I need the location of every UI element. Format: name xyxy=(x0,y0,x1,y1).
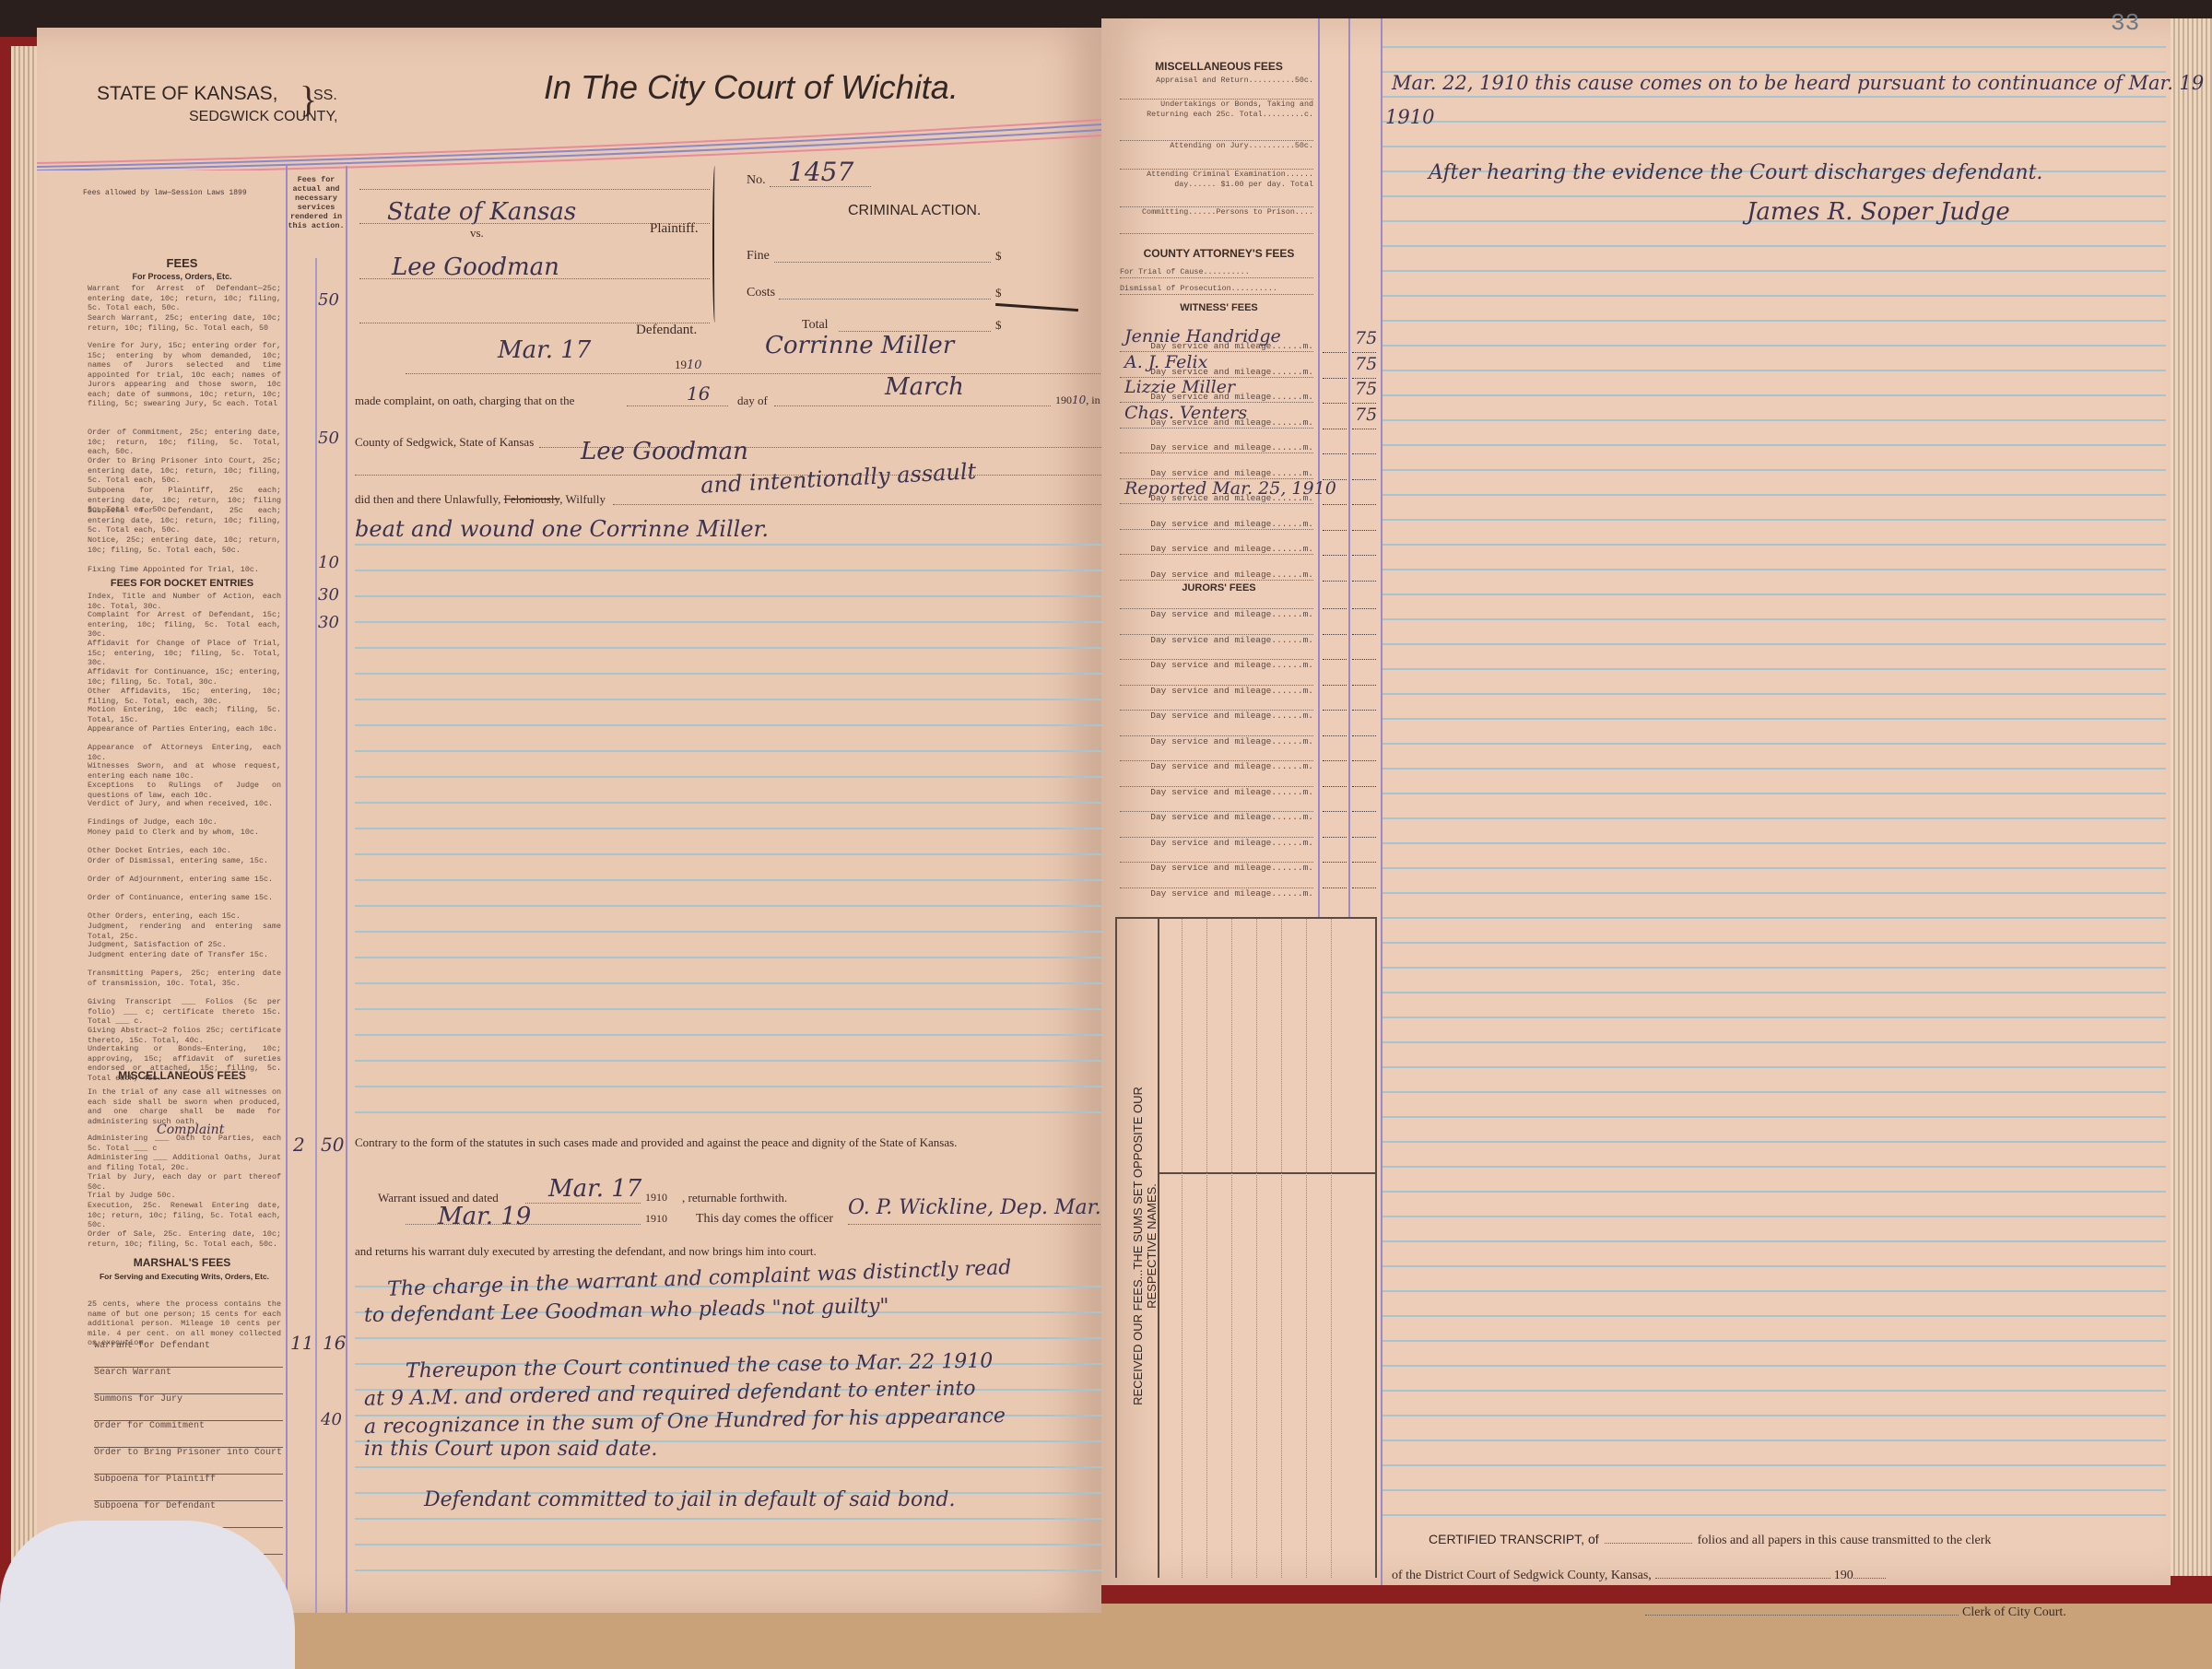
amount-blank xyxy=(1352,504,1376,505)
fee-item: Subpoena for Plaintiff, 25c each; enteri… xyxy=(88,486,281,506)
fee-col-divider xyxy=(1318,18,1320,917)
ruled-line xyxy=(355,1034,1101,1036)
fee-item: Warrant for Arrest of Defendant—25c; ent… xyxy=(88,284,281,313)
amount-blank xyxy=(1323,555,1347,556)
state-label: STATE OF KANSAS, xyxy=(97,83,277,105)
fine-currency: $ xyxy=(995,249,1002,264)
proceedings-line[interactable]: Defendant committed to jail in default o… xyxy=(424,1488,955,1511)
ruled-line xyxy=(355,1544,1101,1546)
ruled-line xyxy=(1382,1066,2166,1068)
juror-row-label: Day service and mileage......m. xyxy=(1120,659,1313,670)
right-misc-list: Appraisal and Return..........50c. Under… xyxy=(1120,76,1313,234)
action-type: CRIMINAL ACTION. xyxy=(848,203,981,219)
ruled-line xyxy=(1382,668,2166,670)
fee-item: Order for Commitment xyxy=(94,1421,283,1448)
amount-blank xyxy=(1323,429,1347,429)
ruled-line xyxy=(355,776,1101,778)
note-line[interactable]: Mar. 22, 1910 this cause comes on to be … xyxy=(1392,72,2204,94)
fee-item: Trial by Judge 50c. xyxy=(88,1191,281,1201)
ruled-line xyxy=(1382,419,2166,421)
ruled-line xyxy=(1382,370,2166,371)
charge-day-of: day of xyxy=(737,394,768,408)
fee-item: Summons for Jury xyxy=(94,1394,283,1421)
left-page: STATE OF KANSAS, SEDGWICK COUNTY, } SS. … xyxy=(37,28,1101,1613)
fee-amount: 50 xyxy=(318,429,339,448)
amount-blank xyxy=(1352,479,1376,480)
header-rules xyxy=(37,115,1101,170)
ruled-line xyxy=(1382,693,2166,695)
ss-label: SS. xyxy=(313,88,337,104)
ruled-line xyxy=(1382,842,2166,844)
amount-blank xyxy=(1323,453,1347,454)
amount-blank xyxy=(1352,710,1376,711)
total-currency: $ xyxy=(995,318,1002,333)
ruled-line xyxy=(355,879,1101,881)
docket-heading: FEES FOR DOCKET ENTRIES xyxy=(83,578,281,589)
warrant-returnable: , returnable forthwith. xyxy=(682,1191,787,1205)
vs-label: vs. xyxy=(470,226,484,241)
amount-blank xyxy=(1352,837,1376,838)
fee-item: Exceptions to Rulings of Judge on questi… xyxy=(88,781,281,799)
proceedings-line[interactable]: a recognizance in the sum of One Hundred… xyxy=(364,1405,1006,1439)
accused-name[interactable]: Lee Goodman xyxy=(581,438,748,465)
case-number[interactable]: 1457 xyxy=(788,157,853,187)
ruled-line xyxy=(355,595,1101,597)
charge-month[interactable]: March xyxy=(885,373,964,401)
fee-amount-cents: 50 xyxy=(321,1134,344,1156)
juror-row-label: Day service and mileage......m. xyxy=(1120,634,1313,645)
ruled-line xyxy=(355,570,1101,571)
witness-name[interactable]: Lizzie Miller xyxy=(1124,377,1235,397)
ruled-line xyxy=(355,1569,1101,1571)
ruled-line xyxy=(1382,1141,2166,1143)
proceedings-line[interactable]: to defendant Lee Goodman who pleads "not… xyxy=(364,1295,889,1327)
ruled-line xyxy=(1382,1166,2166,1168)
fee-item: Affidavit for Change of Place of Trial, … xyxy=(88,639,281,667)
ruled-line xyxy=(1382,345,2166,347)
complaint-year-suffix: 10 xyxy=(687,358,702,372)
ruled-line xyxy=(355,982,1101,984)
ruled-line xyxy=(1382,1240,2166,1242)
witness-row-label: Day service and mileage......m. xyxy=(1120,442,1313,453)
ruled-line xyxy=(355,750,1101,752)
ruled-line xyxy=(355,699,1101,700)
defendant-name[interactable]: Lee Goodman xyxy=(392,253,559,281)
ruled-line xyxy=(355,828,1101,829)
fee-item: Verdict of Jury, and when received, 10c. xyxy=(88,799,281,817)
amount-blank xyxy=(1352,555,1376,556)
fee-item: Subpoena for Defendant, 25c each; enteri… xyxy=(88,506,281,535)
ruled-line xyxy=(355,1518,1101,1520)
ruled-line xyxy=(1382,195,2166,197)
ruled-line xyxy=(1382,1017,2166,1018)
officer-name[interactable]: O. P. Wickline, Dep. Mar. xyxy=(848,1196,1101,1219)
amount-blank xyxy=(1352,887,1376,888)
ruled-line xyxy=(1382,1265,2166,1267)
ruled-line xyxy=(355,1466,1101,1468)
ruled-line xyxy=(1382,594,2166,595)
ruled-line xyxy=(355,647,1101,649)
amount-blank xyxy=(1323,887,1347,888)
ruled-line xyxy=(1382,643,2166,645)
ruled-line xyxy=(1382,394,2166,396)
amount-blank xyxy=(1352,659,1376,660)
gloved-hand xyxy=(0,1521,295,1669)
fee-amount-dollars: 11 xyxy=(290,1332,313,1354)
fee-item: Money paid to Clerk and by whom, 10c. xyxy=(88,828,281,846)
ruled-line xyxy=(1382,1415,2166,1416)
fee-item: Order to Bring Prisoner into Court xyxy=(94,1448,283,1475)
fees-column-header: Fees for actual and necessary services r… xyxy=(288,175,345,230)
ruled-line xyxy=(1382,1041,2166,1043)
witness-row-label: Day service and mileage......m. xyxy=(1120,519,1313,530)
witness-fees-heading: WITNESS' FEES xyxy=(1120,302,1318,313)
ruled-line xyxy=(1382,569,2166,570)
proceedings-line[interactable]: in this Court upon said date. xyxy=(364,1438,657,1461)
ruled-line xyxy=(355,544,1101,546)
contrary-text: Contrary to the form of the statutes in … xyxy=(355,1129,1101,1157)
fee-item: Transmitting Papers, 25c; entering date … xyxy=(88,969,281,997)
fee-item: Findings of Judge, each 10c. xyxy=(88,817,281,828)
certified-district: of the District Court of Sedgwick County… xyxy=(1392,1569,1652,1582)
ruled-line xyxy=(1382,942,2166,944)
ruled-line xyxy=(1382,793,2166,794)
amount-blank xyxy=(1323,760,1347,761)
amount-blank xyxy=(1323,352,1347,353)
ruled-line xyxy=(1382,1216,2166,1217)
witness-name[interactable]: Reported Mar. 25, 1910 xyxy=(1124,478,1336,499)
received-fees-box: RECEIVED OUR FEES...THE SUMS SET OPPOSIT… xyxy=(1115,917,1377,1578)
witness-row-label: Day service and mileage......m. xyxy=(1120,468,1313,479)
ruled-line xyxy=(355,931,1101,933)
fee-item: Appearance of Attorneys Entering, each 1… xyxy=(88,743,281,761)
page-number: 33 xyxy=(2111,9,2139,37)
amount-blank xyxy=(1352,634,1376,635)
fee-item: Order of Dismissal, entering same, 15c. xyxy=(88,856,281,875)
ruled-line xyxy=(355,1008,1101,1010)
ruled-line xyxy=(1382,1290,2166,1292)
ruled-line xyxy=(355,621,1101,623)
complaint-year-prefix: 19 xyxy=(675,358,687,371)
amount-blank xyxy=(1323,634,1347,635)
fee-item: Appearance of Parties Entering, each 10c… xyxy=(88,724,281,743)
charge-year-suffix: 10 xyxy=(1072,394,1086,406)
ruled-line xyxy=(1382,1340,2166,1342)
fee-item: Order of Continuance, entering same 15c. xyxy=(88,893,281,911)
fee-amount: 30 xyxy=(318,585,339,605)
amount-blank xyxy=(1323,659,1347,660)
fee-col-divider xyxy=(1348,18,1350,917)
juror-row-label: Day service and mileage......m. xyxy=(1120,735,1313,746)
ruled-line xyxy=(355,802,1101,804)
ruled-line xyxy=(1382,544,2166,546)
jurors-fees-heading: JURORS' FEES xyxy=(1120,582,1318,594)
juror-row-label: Day service and mileage......m. xyxy=(1120,811,1313,822)
fee-item: Subpoena for Plaintiff xyxy=(94,1475,283,1501)
charge-in: , in xyxy=(1086,394,1100,406)
case-number-label: No. xyxy=(747,173,766,188)
ruled-line xyxy=(1382,1315,2166,1317)
amount-blank xyxy=(1352,735,1376,736)
fee-item: Venire for Jury, 15c; entering order for… xyxy=(88,341,281,428)
amount-blank xyxy=(1323,504,1347,505)
amount-blank xyxy=(1352,530,1376,531)
right-page: 33 MISCELLANEOUS FEES Appraisal and Retu… xyxy=(1101,18,2171,1585)
docket-fees-list: Index, Title and Number of Action, each … xyxy=(88,592,281,1083)
warrant-year: 1910 xyxy=(645,1191,667,1205)
ruled-line xyxy=(1382,270,2166,272)
amount-blank xyxy=(1323,685,1347,686)
court-title: In The City Court of Wichita. xyxy=(544,68,959,107)
ruled-line xyxy=(1382,1440,2166,1441)
ruled-line xyxy=(355,957,1101,958)
fees-subheading: For Process, Orders, Etc. xyxy=(83,272,281,281)
ruled-line xyxy=(355,1086,1101,1087)
charge-line-printed: did then and there Unlawfully, xyxy=(355,492,500,506)
ruled-line xyxy=(1382,46,2166,48)
costs-underline xyxy=(995,303,1078,311)
misc-heading: MISCELLANEOUS FEES xyxy=(83,1069,281,1082)
fee-item: Execution, 25c. Renewal Entering date, 1… xyxy=(88,1201,281,1229)
juror-row-label: Day service and mileage......m. xyxy=(1120,837,1313,848)
fee-item: Other Docket Entries, each 10c. xyxy=(88,846,281,856)
amount-blank xyxy=(1352,581,1376,582)
amount-blank xyxy=(1323,403,1347,404)
witness-fee-amount[interactable]: 75 xyxy=(1355,379,1377,399)
ruled-line xyxy=(1382,519,2166,521)
amount-blank xyxy=(1352,429,1376,429)
amount-blank xyxy=(1323,811,1347,812)
fee-amount-cents: 16 xyxy=(323,1332,346,1354)
return-year: 1910 xyxy=(645,1212,667,1226)
amount-blank xyxy=(1352,760,1376,761)
misc-fees-list: Administering ___ Oath to Parties, each … xyxy=(88,1134,281,1258)
fee-amount: 10 xyxy=(318,553,339,572)
marshal-subheading: For Serving and Executing Writs, Orders,… xyxy=(88,1272,281,1281)
juror-row-label: Day service and mileage......m. xyxy=(1120,685,1313,696)
fee-item: Judgment, Satisfaction of 25c. xyxy=(88,940,281,950)
fee-item: Search Warrant, 25c; entering date, 10c;… xyxy=(88,313,281,341)
ruled-line xyxy=(1382,1091,2166,1093)
plaintiff-name[interactable]: State of Kansas xyxy=(387,198,576,226)
ruled-line xyxy=(1382,245,2166,247)
plaintiff-label: Plaintiff. xyxy=(650,221,699,237)
witness-name[interactable]: Chas. Venters xyxy=(1124,403,1247,423)
county-attorney-heading: COUNTY ATTORNEY'S FEES xyxy=(1120,247,1318,260)
ruled-line xyxy=(1382,1489,2166,1491)
fee-item: Other Affidavits, 15c; entering, 10c; fi… xyxy=(88,687,281,705)
ruled-line xyxy=(1382,1116,2166,1118)
fee-item: Other Orders, entering, each 15c. xyxy=(88,911,281,922)
caption-brace xyxy=(712,166,717,323)
complainant-name[interactable]: Corrinne Miller xyxy=(765,332,954,359)
fee-item: Order to Bring Prisoner into Court, 25c;… xyxy=(88,456,281,486)
fee-item: Index, Title and Number of Action, each … xyxy=(88,592,281,610)
amount-blank xyxy=(1352,453,1376,454)
fee-item: Notice, 25c; entering date, 10c; return,… xyxy=(88,535,281,565)
ruled-line xyxy=(1382,494,2166,496)
fee-item: Motion Entering, 10c each; filing, 5c. T… xyxy=(88,705,281,724)
amount-blank xyxy=(1323,378,1347,379)
fee-col-right xyxy=(346,166,347,1613)
amount-blank xyxy=(1323,837,1347,838)
charge-struck: Feloniously xyxy=(504,492,560,506)
total-label: Total xyxy=(802,318,829,333)
certified-year: 190 xyxy=(1834,1569,1853,1582)
ruled-line xyxy=(1382,917,2166,919)
amount-blank xyxy=(1323,608,1347,609)
fee-item: Search Warrant xyxy=(94,1368,283,1394)
charge-handwritten-2[interactable]: beat and wound one Corrinne Miller. xyxy=(355,516,769,542)
ruled-line xyxy=(1382,121,2166,123)
warrant-date[interactable]: Mar. 17 xyxy=(548,1175,641,1203)
fee-item: Judgment entering date of Transfer 15c. xyxy=(88,950,281,969)
ruled-line xyxy=(1382,892,2166,894)
ruled-line xyxy=(355,1111,1101,1113)
charge-year-prefix: 190 xyxy=(1055,394,1072,406)
ruled-line xyxy=(355,1060,1101,1062)
fee-amount: 50 xyxy=(318,290,339,310)
fee-item: Committing......Persons to Prison.... xyxy=(1120,207,1313,234)
ruled-line xyxy=(1382,1390,2166,1392)
complaint-date[interactable]: Mar. 17 xyxy=(498,336,591,364)
fee-amount-dollars: 2 xyxy=(293,1134,305,1156)
ruled-line xyxy=(1382,967,2166,969)
ruled-line xyxy=(355,853,1101,855)
ruled-line xyxy=(355,905,1101,907)
ruled-line xyxy=(1382,1514,2166,1516)
right-misc-heading: MISCELLANEOUS FEES xyxy=(1120,60,1318,73)
fee-col-divider xyxy=(286,166,288,1613)
fee-item: Attending Criminal Examination...... day… xyxy=(1120,170,1313,207)
ruled-line xyxy=(1382,1464,2166,1466)
juror-row-label: Day service and mileage......m. xyxy=(1120,710,1313,721)
ruled-line xyxy=(355,673,1101,675)
fee-item: Order of Sale, 25c. Entering date, 10c; … xyxy=(88,1229,281,1258)
process-fees-list: Warrant for Arrest of Defendant—25c; ent… xyxy=(88,284,281,583)
witness-name[interactable]: A. J. Felix xyxy=(1124,352,1207,372)
witness-row-label: Day service and mileage......m. xyxy=(1120,570,1313,581)
fee-item: Giving Transcript ___ Folios (5c per fol… xyxy=(88,997,281,1026)
ruled-line xyxy=(1382,469,2166,471)
ruled-line xyxy=(1382,1365,2166,1367)
witness-fee-amount[interactable]: 75 xyxy=(1355,354,1377,374)
amount-blank xyxy=(1323,735,1347,736)
ruled-line xyxy=(1382,768,2166,770)
fee-item: Affidavit for Continuance, 15c; entering… xyxy=(88,667,281,687)
amount-blank xyxy=(1352,811,1376,812)
fee-amount-divider xyxy=(315,258,317,1613)
amount-blank xyxy=(1352,608,1376,609)
amount-blank xyxy=(1352,862,1376,863)
fine-label: Fine xyxy=(747,249,770,264)
fee-amount: 30 xyxy=(318,613,339,632)
ruled-line xyxy=(355,724,1101,726)
amount-blank xyxy=(1323,710,1347,711)
defendant-label: Defendant. xyxy=(636,323,697,338)
ruled-line xyxy=(1382,743,2166,745)
ruled-line xyxy=(1382,992,2166,993)
county-line: County of Sedgwick, State of Kansas xyxy=(355,435,534,450)
fee-item: Administering ___ Additional Oaths, Jura… xyxy=(88,1153,281,1172)
amount-blank xyxy=(1323,862,1347,863)
fee-item: Witnesses Sworn, and at whose request, e… xyxy=(88,761,281,781)
witness-fee-amount[interactable]: 75 xyxy=(1355,328,1377,348)
amount-blank xyxy=(1323,530,1347,531)
note-line[interactable]: 1910 xyxy=(1385,106,1434,128)
certified-text: folios and all papers in this cause tran… xyxy=(1698,1534,1992,1547)
charge-prefix: made complaint, on oath, charging that o… xyxy=(355,394,574,408)
return-date[interactable]: Mar. 19 xyxy=(438,1203,531,1230)
costs-label: Costs xyxy=(747,286,775,300)
fee-item: Complaint for Arrest of Defendant, 15c; … xyxy=(88,610,281,639)
witness-row-label: Day service and mileage......m. xyxy=(1120,544,1313,555)
charge-day[interactable]: 16 xyxy=(687,382,710,405)
fee-item: Undertakings or Bonds, Taking and Return… xyxy=(1120,100,1313,141)
amount-blank xyxy=(1323,786,1347,787)
fee-item: Giving Abstract—2 folios 25c; certificat… xyxy=(88,1026,281,1044)
ruled-line xyxy=(1382,1191,2166,1193)
amount-blank xyxy=(1323,581,1347,582)
witness-fee-amount[interactable]: 75 xyxy=(1355,405,1377,425)
charge-wilfully: , Wilfully xyxy=(559,492,606,506)
ruled-line xyxy=(1382,96,2166,98)
fee-item: Trial by Jury, each day or part thereof … xyxy=(88,1172,281,1191)
notes-margin xyxy=(1381,18,1382,1585)
costs-currency: $ xyxy=(995,286,1002,300)
ruled-line xyxy=(1382,320,2166,322)
fee-amount-cents: 40 xyxy=(321,1410,342,1429)
fee-item: Order of Adjournment, entering same 15c. xyxy=(88,875,281,893)
juror-row-label: Day service and mileage......m. xyxy=(1120,786,1313,797)
fee-item: Dismissal of Prosecution.......... xyxy=(1120,284,1313,295)
amount-blank xyxy=(1352,786,1376,787)
clerk-label: Clerk of City Court. xyxy=(1962,1605,2066,1619)
juror-row-label: Day service and mileage......m. xyxy=(1120,760,1313,771)
amount-blank xyxy=(1352,685,1376,686)
witness-name[interactable]: Jennie Handridge xyxy=(1124,326,1281,347)
received-fees-label: RECEIVED OUR FEES...THE SUMS SET OPPOSIT… xyxy=(1131,1052,1159,1440)
juror-row-label: Day service and mileage......m. xyxy=(1120,608,1313,619)
judge-signature[interactable]: James R. Soper Judge xyxy=(1747,198,2010,226)
fee-item: Appraisal and Return..........50c. xyxy=(1120,76,1313,100)
juror-row-label: Day service and mileage......m. xyxy=(1120,862,1313,873)
note-line[interactable]: After hearing the evidence the Court dis… xyxy=(1429,161,2042,184)
fee-item: For Trial of Cause.......... xyxy=(1120,267,1313,278)
ruled-line xyxy=(1382,817,2166,819)
misc-intro: In the trial of any case all witnesses o… xyxy=(88,1087,281,1126)
ruled-line xyxy=(1382,295,2166,297)
ruled-line xyxy=(1382,146,2166,147)
fees-heading: FEES xyxy=(83,256,281,270)
return-text-2: and returns his warrant duly executed by… xyxy=(355,1244,817,1259)
ruled-line xyxy=(355,1337,1101,1339)
return-text: This day comes the officer xyxy=(696,1212,833,1227)
marshal-heading: MARSHAL'S FEES xyxy=(83,1256,281,1269)
ruled-line xyxy=(1382,618,2166,620)
proceedings-line[interactable]: The charge in the warrant and complaint … xyxy=(387,1256,1012,1301)
ruled-line xyxy=(1382,718,2166,720)
fee-item: Attending on Jury..........50c. xyxy=(1120,141,1313,170)
juror-row-label: Day service and mileage......m. xyxy=(1120,887,1313,899)
ruled-line xyxy=(1382,444,2166,446)
fee-item: Warrant for Defendant xyxy=(94,1341,283,1368)
fee-item: Administering ___ Oath to Parties, each … xyxy=(88,1134,281,1153)
right-page-edges xyxy=(2171,18,2212,1576)
fees-intro: Fees allowed by law—Session Laws 1899 xyxy=(83,189,276,198)
fee-item: Judgment, rendering and entering same To… xyxy=(88,922,281,940)
fee-item: Order of Commitment, 25c; entering date,… xyxy=(88,428,281,456)
